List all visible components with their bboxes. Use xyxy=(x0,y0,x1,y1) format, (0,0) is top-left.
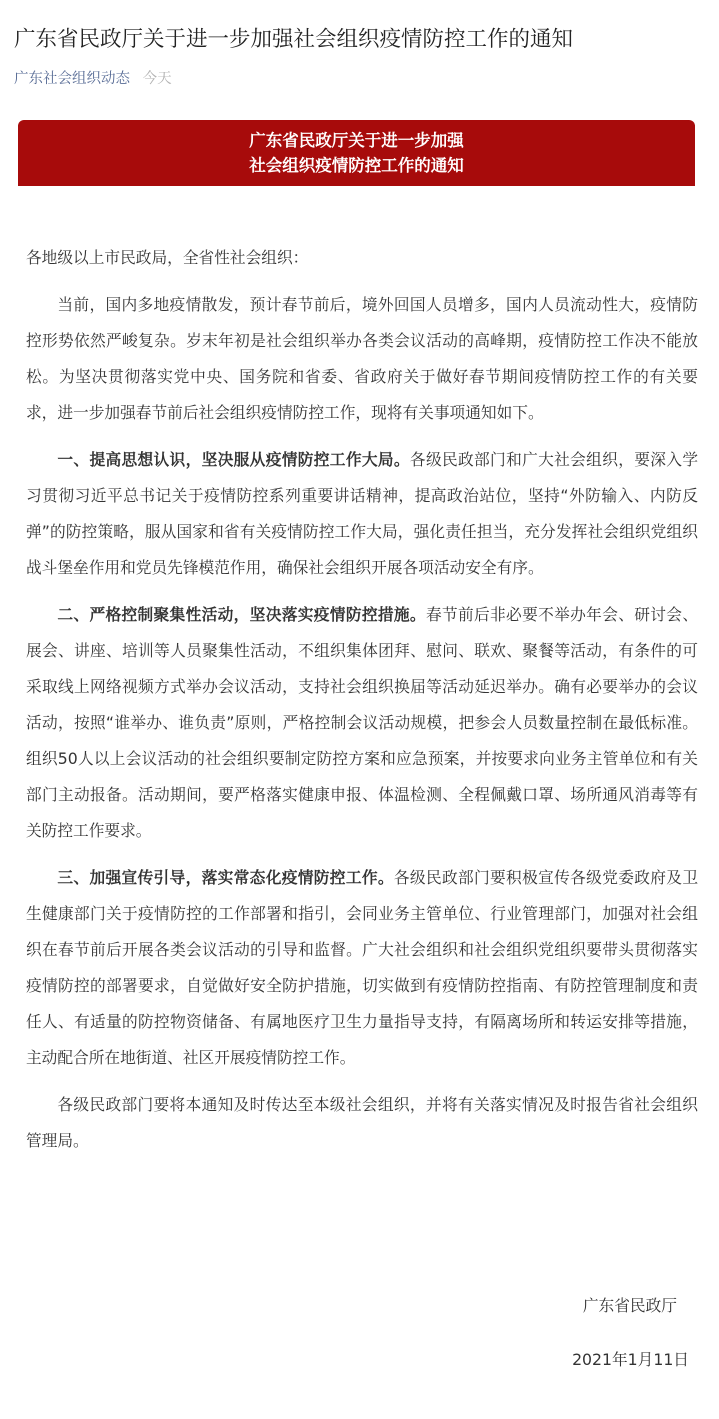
closing-paragraph: 各级民政部门要将本通知及时传达至本级社会组织，并将有关落实情况及时报告省社会组织… xyxy=(26,1087,698,1159)
section-text-1: 各级民政部门和广大社会组织，要深入学习贯彻习近平总书记关于疫情防控系列重要讲话精… xyxy=(26,450,698,577)
publish-time: 今天 xyxy=(143,71,172,87)
intro-paragraph: 当前，国内多地疫情散发，预计春节前后，境外回国人员增多，国内人员流动性大，疫情防… xyxy=(26,287,698,431)
banner-line-1: 广东省民政厅关于进一步加强 xyxy=(249,128,464,153)
article-body: 各地级以上市民政局，全省性社会组织： 当前，国内多地疫情散发，预计春节前后，境外… xyxy=(26,240,698,1170)
article-title: 广东省民政厅关于进一步加强社会组织疫情防控工作的通知 xyxy=(14,24,704,56)
issue-date: 2021年1月11日 xyxy=(572,1348,689,1372)
salutation: 各地级以上市民政局，全省性社会组织： xyxy=(26,240,698,276)
section-paragraph-3: 三、加强宣传引导，落实常态化疫情防控工作。各级民政部门要积极宣传各级党委政府及卫… xyxy=(26,860,698,1076)
banner-line-2: 社会组织疫情防控工作的通知 xyxy=(249,153,464,178)
section-paragraph-1: 一、提高思想认识，坚决服从疫情防控工作大局。各级民政部门和广大社会组织，要深入学… xyxy=(26,442,698,586)
section-heading-3: 三、加强宣传引导，落实常态化疫情防控工作。 xyxy=(57,868,394,887)
article-meta: 广东社会组织动态 今天 xyxy=(14,68,172,90)
section-paragraph-2: 二、严格控制聚集性活动，坚决落实疫情防控措施。春节前后非必要不举办年会、研讨会、… xyxy=(26,597,698,849)
issuer-signature: 广东省民政厅 xyxy=(583,1294,677,1318)
section-heading-1: 一、提高思想认识，坚决服从疫情防控工作大局。 xyxy=(57,450,410,469)
section-text-2: 春节前后非必要不举办年会、研讨会、展会、讲座、培训等人员聚集性活动，不组织集体团… xyxy=(26,605,698,840)
account-name-link[interactable]: 广东社会组织动态 xyxy=(14,71,130,87)
section-text-3: 各级民政部门要积极宣传各级党委政府及卫生健康部门关于疫情防控的工作部署和指引，会… xyxy=(26,868,698,1067)
section-heading-2: 二、严格控制聚集性活动，坚决落实疫情防控措施。 xyxy=(57,605,426,624)
title-banner: 广东省民政厅关于进一步加强 社会组织疫情防控工作的通知 xyxy=(18,120,695,186)
